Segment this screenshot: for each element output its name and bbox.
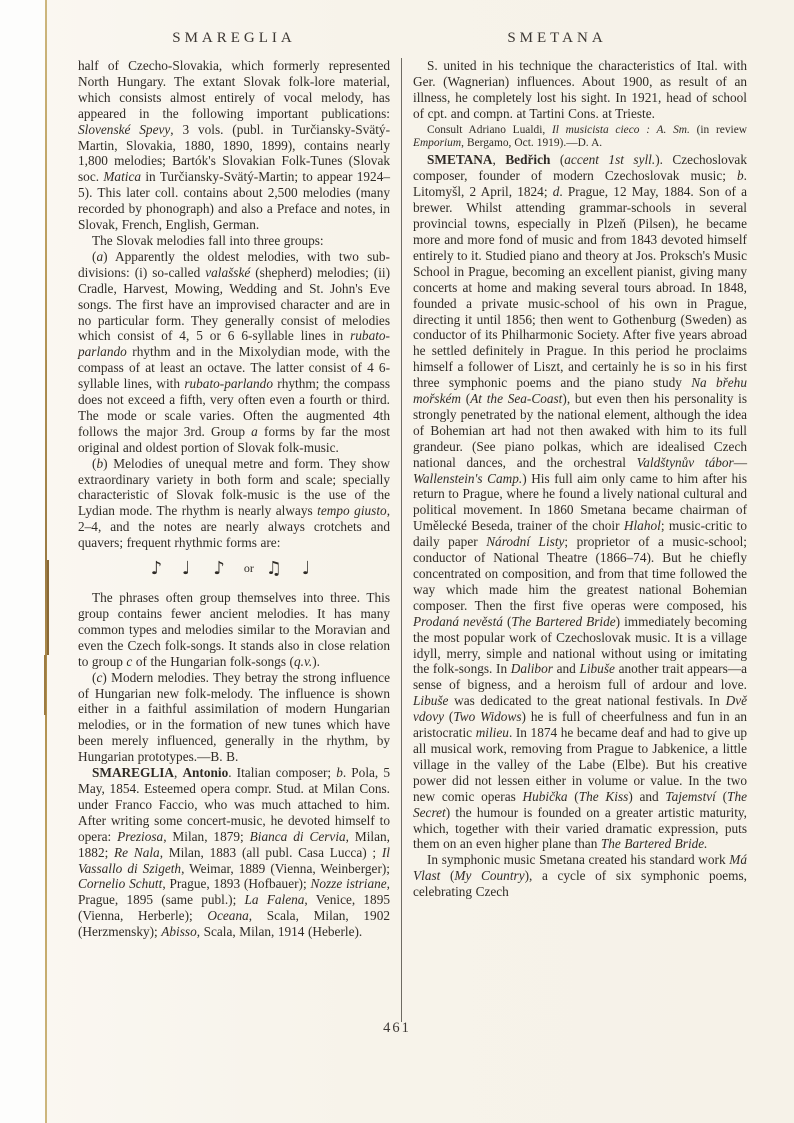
text-run: Prodaná nevěstá: [413, 614, 503, 629]
text-run: ) and: [628, 789, 665, 804]
text-run: b: [336, 765, 343, 780]
two-column-text: SMAREGLIA half of Czecho-Slovakia, which…: [78, 30, 770, 1022]
text-run: rubato-parlando: [184, 376, 273, 391]
text-run: La Falena: [245, 892, 305, 907]
text-run: Valdštynův tábor: [637, 455, 734, 470]
text-run: (: [444, 709, 453, 724]
left-column-body: half of Czecho-Slovakia, which formerly …: [78, 58, 390, 940]
text-run: half of Czecho-Slovakia, which formerly …: [78, 58, 390, 121]
text-run: (: [461, 391, 470, 406]
text-run: , Milan, 1879;: [163, 829, 249, 844]
text-run: Re Nala: [114, 845, 160, 860]
text-run: , Weimar, 1889 (Vienna, Weinberger);: [181, 861, 390, 876]
paragraph: S. united in his technique the character…: [413, 58, 747, 122]
text-run: a: [251, 424, 258, 439]
or-label: or: [244, 561, 254, 575]
rhythm-notation: ♪ ♩♪or♫ ♩: [78, 558, 390, 584]
text-run: (: [440, 868, 454, 883]
text-run: Emporium: [413, 137, 461, 149]
text-run: Cornelio Schutt: [78, 876, 162, 891]
text-run: Hlahol: [624, 518, 661, 533]
page-edge-mark: [46, 360, 47, 420]
scanned-dictionary-page: SMAREGLIA half of Czecho-Slovakia, which…: [0, 0, 794, 1123]
text-run: tempo giusto: [317, 503, 387, 518]
text-run: Libuše: [579, 661, 614, 676]
text-run: Wallenstein's Camp.: [413, 471, 522, 486]
page-number: 461: [352, 1020, 442, 1037]
text-run: ,: [493, 152, 506, 167]
text-run: , Scala, Milan, 1914 (Heberle).: [197, 924, 362, 939]
text-run: q.v.: [294, 654, 312, 669]
left-column: SMAREGLIA half of Czecho-Slovakia, which…: [78, 30, 390, 1022]
text-run: ) Modern melodies. They betray the stron…: [78, 670, 390, 765]
note-group-2: ♪: [213, 558, 232, 579]
text-run: Slovenské Spevy: [78, 122, 170, 137]
paragraph: Consult Adriano Lualdi, Il musicista cie…: [413, 124, 747, 151]
text-run: was dedicated to the great national fest…: [448, 693, 725, 708]
note-group-1: ♪ ♩: [151, 558, 198, 579]
text-run: Dalibor: [511, 661, 553, 676]
text-run: (: [716, 789, 727, 804]
text-run: The Bartered Bride.: [601, 836, 708, 851]
text-run: (: [550, 152, 564, 167]
text-run: Tajemství: [665, 789, 716, 804]
text-run: Libuše: [413, 693, 448, 708]
text-run: b: [737, 168, 744, 183]
text-run: valašské: [205, 265, 250, 280]
text-run: Il musicista cieco : A. Sm.: [552, 124, 690, 136]
text-run: , Prague, 1893 (Hofbauer);: [162, 876, 310, 891]
text-run: S. united in his technique the character…: [413, 58, 747, 121]
text-run: Národní Listy: [486, 534, 564, 549]
page-edge-mark: [47, 560, 49, 655]
paragraph: (b) Melodies of unequal metre and form. …: [78, 456, 390, 551]
paragraph: In symphonic music Smetana created his s…: [413, 852, 747, 900]
text-run: —: [734, 455, 747, 470]
text-run: The Slovak melodies fall into three grou…: [92, 233, 324, 248]
text-run: The Bartered Bride: [511, 614, 615, 629]
paragraph: half of Czecho-Slovakia, which formerly …: [78, 58, 390, 233]
right-column: SMETANA S. united in his technique the c…: [413, 30, 747, 1022]
paragraph: The Slovak melodies fall into three grou…: [78, 233, 390, 249]
paragraph: SMAREGLIA, Antonio. Italian composer; b.…: [78, 765, 390, 940]
text-run: Abisso: [161, 924, 196, 939]
text-run: At the Sea-Coast: [470, 391, 562, 406]
text-run: My Country: [454, 868, 524, 883]
text-run: and: [553, 661, 580, 676]
text-run: In symphonic music Smetana created his s…: [427, 852, 729, 867]
page-edge-mark: [44, 655, 46, 715]
text-run: The Kiss: [579, 789, 629, 804]
text-run: Preziosa: [117, 829, 163, 844]
entry-headword: Bedřich: [505, 152, 550, 167]
text-run: Matica: [103, 169, 141, 184]
paragraph: The phrases often group themselves into …: [78, 590, 390, 670]
paragraph: (a) Apparently the oldest melodies, with…: [78, 249, 390, 456]
text-run: (: [568, 789, 579, 804]
note-group-3: ♫ ♩: [266, 558, 317, 579]
text-run: accent 1st syll.: [564, 152, 655, 167]
paragraph: (c) Modern melodies. They betray the str…: [78, 670, 390, 765]
right-column-body: S. united in his technique the character…: [413, 58, 747, 900]
scan-margin: [0, 0, 45, 1123]
text-run: . Italian composer;: [228, 765, 336, 780]
text-run: (in review: [690, 124, 747, 136]
text-run: ).: [312, 654, 320, 669]
text-run: Two Widows: [453, 709, 521, 724]
text-run: Hubička: [523, 789, 568, 804]
text-run: . Prague, 12 May, 1884. Son of a brewer.…: [413, 184, 747, 390]
paragraph: SMETANA, Bedřich (accent 1st syll.). Cze…: [413, 152, 747, 852]
text-run: Bianca di Cervia: [250, 829, 346, 844]
entry-headword: SMAREGLIA: [92, 765, 174, 780]
text-run: of the Hungarian folk-songs (: [132, 654, 294, 669]
text-run: , Bergamo, Oct. 1919).—D. A.: [461, 137, 602, 149]
entry-headword: Antonio: [182, 765, 228, 780]
text-run: Consult Adriano Lualdi,: [427, 124, 552, 136]
running-head-right: SMETANA: [413, 30, 747, 47]
column-divider-rule: [401, 58, 402, 1022]
entry-headword: SMETANA: [427, 152, 493, 167]
text-run: Oceana: [207, 908, 248, 923]
text-run: , Milan, 1883 (all publ. Casa Lucca) ;: [160, 845, 382, 860]
running-head-left: SMAREGLIA: [78, 30, 390, 47]
text-run: Nozze istriane: [310, 876, 386, 891]
text-run: milieu: [476, 725, 509, 740]
